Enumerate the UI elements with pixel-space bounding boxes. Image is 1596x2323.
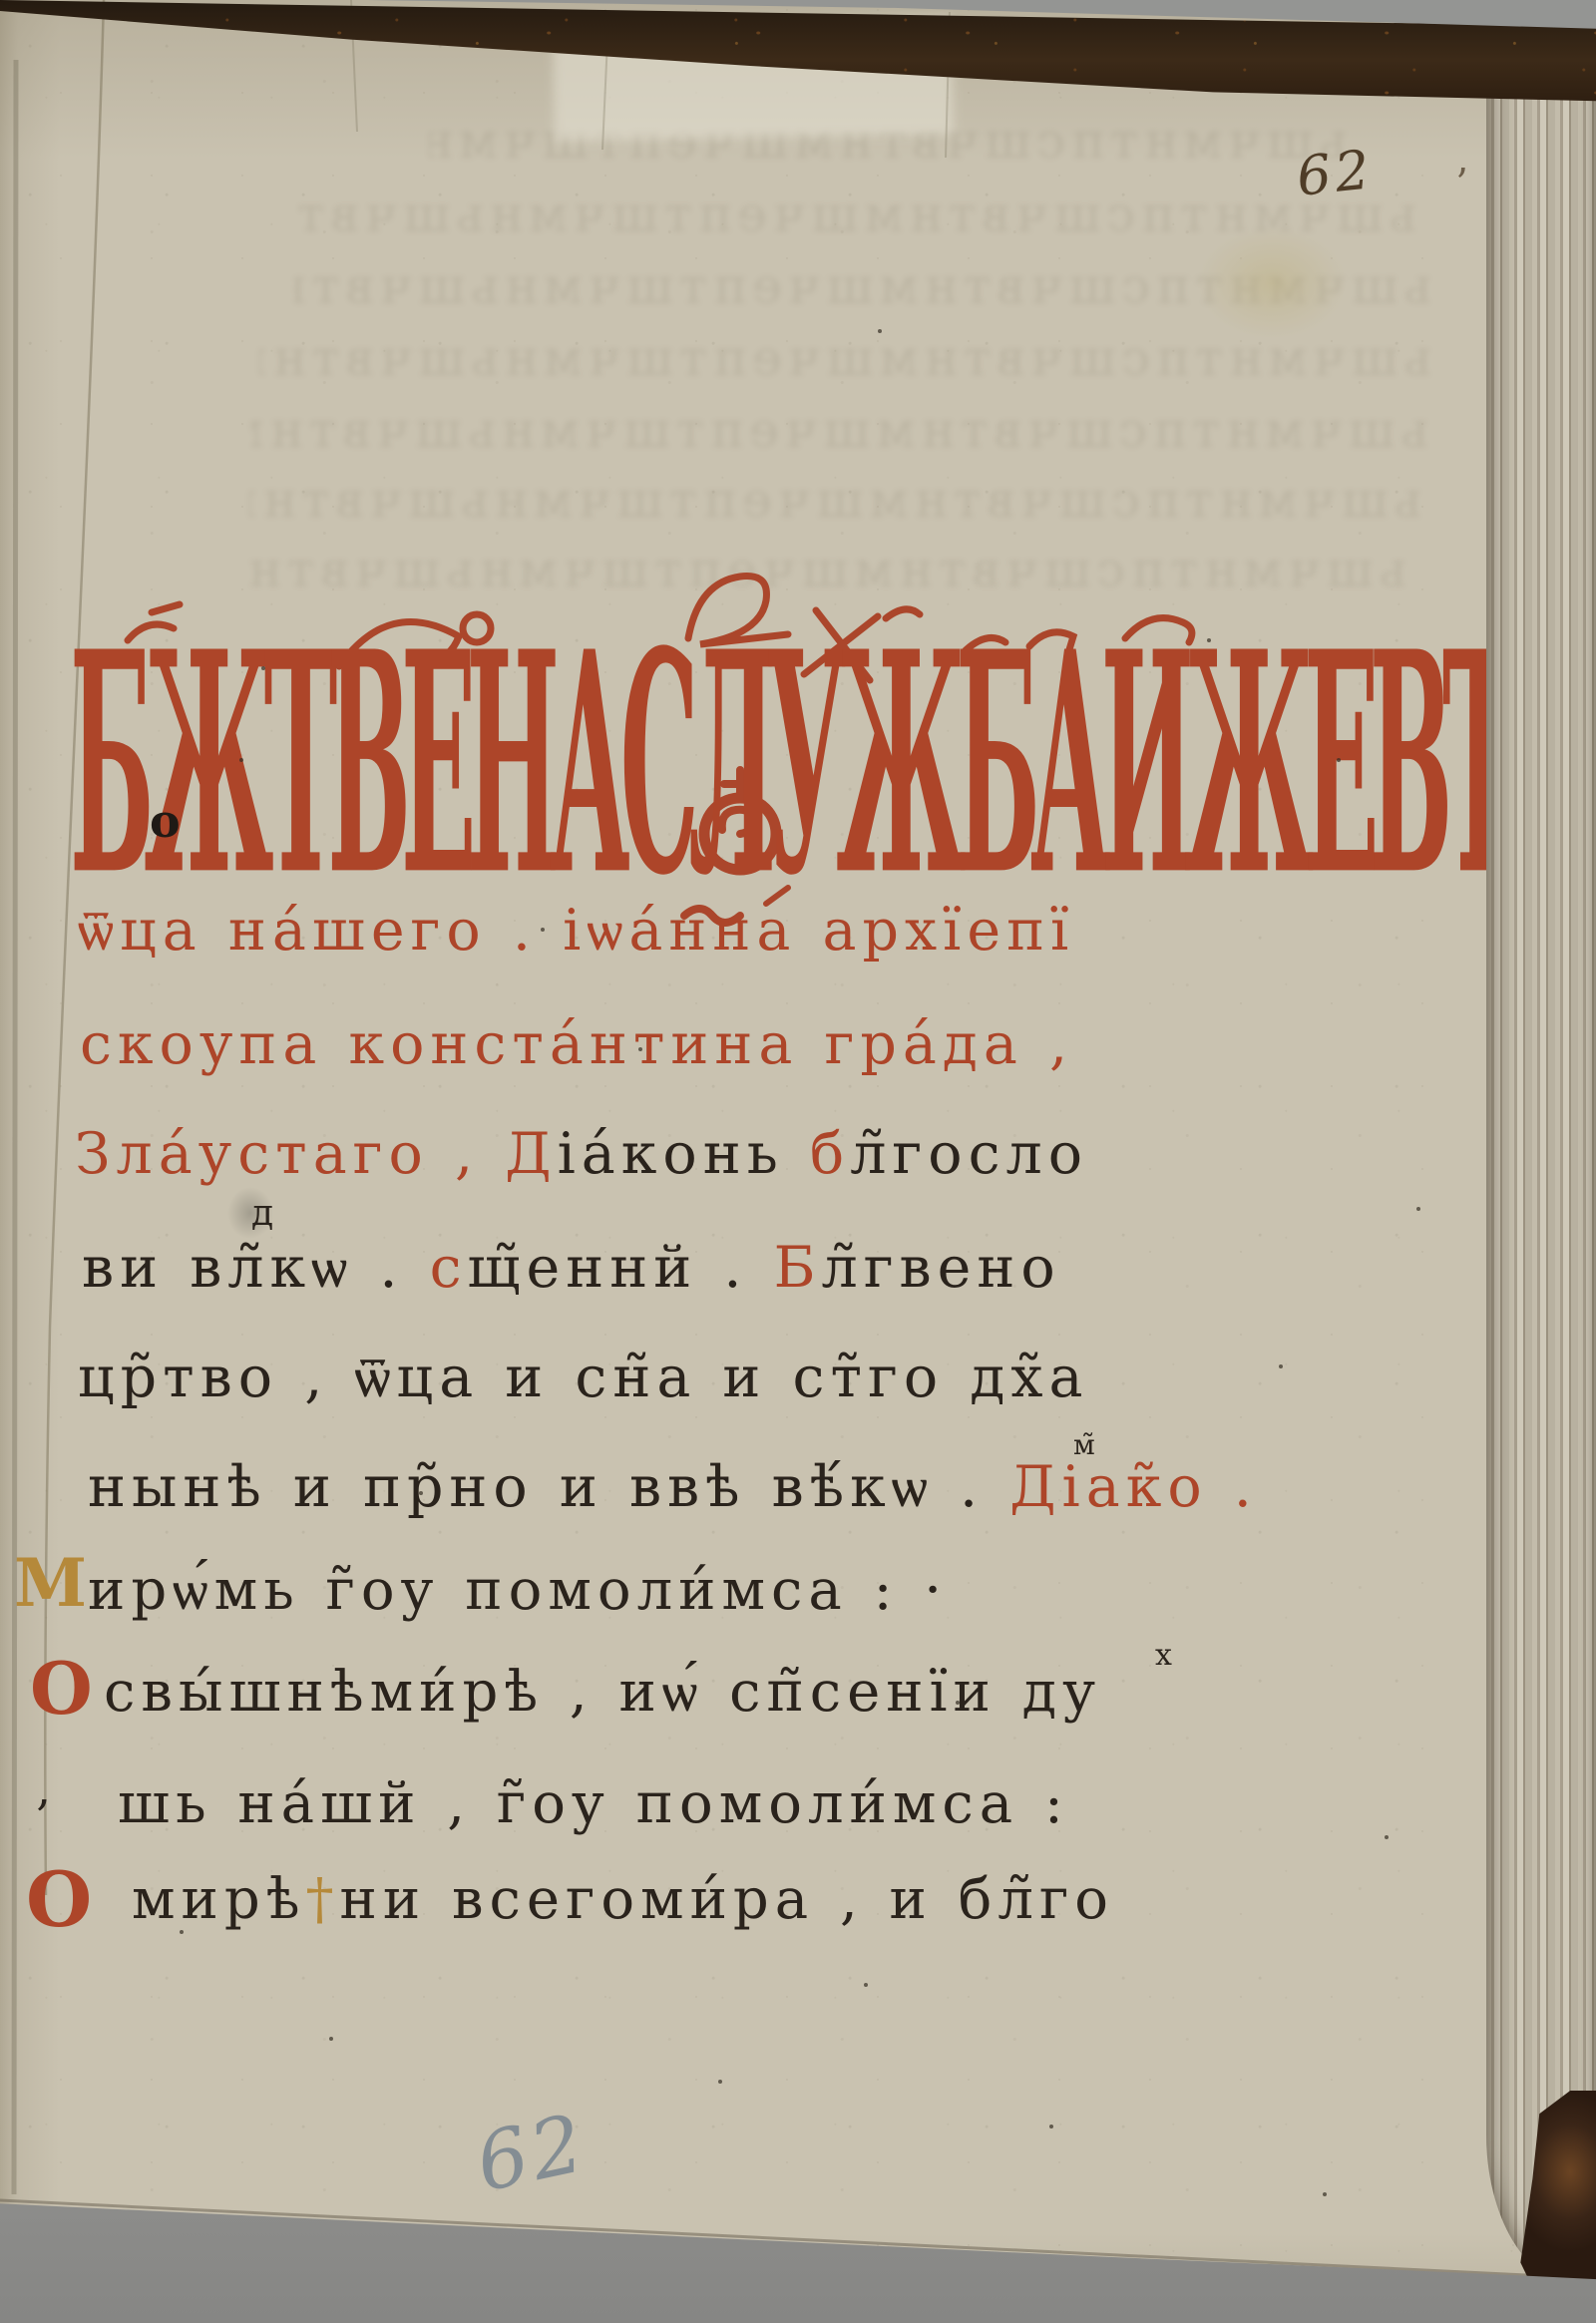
text-line: цр̃тво , ѿца и сн̃а и ст̃го дх̃а <box>78 1345 1089 1410</box>
speck <box>180 1930 184 1934</box>
fore-edge-page-stack <box>1486 24 1596 2284</box>
speck <box>1279 1364 1283 1368</box>
speck <box>239 758 243 762</box>
speck <box>1049 2125 1053 2129</box>
superscript-letter: м̃ <box>1073 1428 1095 1461</box>
manuscript-scan: ьшчмнтпсшчвтнмшчептшчмньшчвтнмшчмнтпсшьш… <box>0 0 1596 2323</box>
superscript-letter: д <box>251 1193 273 1234</box>
folio-tick-mark: ʼ <box>1454 162 1467 207</box>
speck <box>1207 638 1211 642</box>
text-segment: цр̃тво , ѿца и сн̃а и ст̃го дх̃а <box>78 1345 1089 1410</box>
text-line: Зла́устаго , Діа́конь бл̃госло <box>75 1121 1088 1187</box>
text-segment: ви вл̃кѡ . <box>82 1235 430 1301</box>
speck <box>1416 1207 1420 1211</box>
text-segment: скоупа конста́нтина гра́да , <box>80 1011 1073 1077</box>
speck <box>1323 2192 1327 2196</box>
text-segment: л̃гвено <box>821 1235 1060 1301</box>
text-segment: Б <box>774 1235 822 1301</box>
text-line: свы́шнѣми́рѣ , иѡ́ сп̃сенїи ду <box>104 1660 1101 1725</box>
text-segment: † <box>306 1867 340 1932</box>
folio-number-ink: 62 <box>1294 138 1377 208</box>
text-segment: шь на́шй , г̃оу помоли́мса : <box>118 1771 1069 1836</box>
speck <box>718 2080 722 2084</box>
speck <box>329 2037 333 2041</box>
speck <box>878 329 882 333</box>
text-segment: щ̃еннй . <box>468 1235 774 1301</box>
speck <box>864 1983 868 1987</box>
text-line: скоупа конста́нтина гра́да , <box>80 1011 1073 1077</box>
speck <box>638 1047 642 1051</box>
text-segment: л̃госло <box>850 1121 1088 1187</box>
show-through-row: ьшчмнтпсшчвтнмшчептшчмньшчвтнмшчмнтпсш <box>251 401 1428 459</box>
speck <box>1385 1835 1389 1839</box>
margin-initial: М <box>14 1544 87 1622</box>
text-segment: с <box>430 1235 468 1301</box>
text-segment: б <box>810 1121 850 1187</box>
text-line: нынѣ и пр̃но и ввѣ вѣ́кѡ . Діак̃о . <box>88 1454 1258 1520</box>
text-line: ви вл̃кѡ . сщ̃еннй . Бл̃гвено <box>82 1235 1061 1301</box>
margin-initial: О <box>30 1646 93 1731</box>
show-through-row: ьшчмнтпсшчвтнмшчептшчмньшчвтнмшчмнтпсш <box>249 471 1421 529</box>
text-line: ѿца на́шего . іѡа́нна архїепї <box>78 898 1074 964</box>
text-segment: Зла́устаго , Д <box>75 1121 558 1187</box>
text-segment: іа́конь <box>558 1121 810 1187</box>
superscript-letter: х <box>1155 1638 1172 1673</box>
stain-blot <box>1197 227 1347 339</box>
text-line: шь на́шй , г̃оу помоли́мса : <box>118 1771 1069 1836</box>
text-segment: ни всегоми́ра , и бл̃го <box>340 1867 1115 1932</box>
text-segment: ѿца на́шего . іѡа́нна архїепї <box>78 898 1074 964</box>
speck <box>541 928 545 932</box>
speck <box>419 1491 423 1495</box>
speck <box>1337 758 1341 762</box>
text-line: мирѣ†ни всегоми́ра , и бл̃го <box>132 1867 1114 1932</box>
vyaz-headpiece-title: БЖТВЕНАСЛУЖБАИЖЕВЪСТЫ <box>70 584 1016 943</box>
speck <box>261 666 265 670</box>
text-line: ирѡ́мь г̃оу помоли́мса : · <box>88 1558 948 1623</box>
superscript-letter: ‚ <box>36 1761 51 1815</box>
text-segment: Діак̃о . <box>1009 1454 1258 1520</box>
text-segment: ирѡ́мь г̃оу помоли́мса : · <box>88 1558 948 1623</box>
text-segment: свы́шнѣми́рѣ , иѡ́ сп̃сенїи ду <box>104 1660 1101 1725</box>
speck <box>956 1701 960 1705</box>
text-segment: мирѣ <box>132 1867 306 1932</box>
text-segment: нынѣ и пр̃но и ввѣ вѣ́кѡ . <box>88 1454 1009 1520</box>
vyaz-inset-letter: о <box>150 794 181 848</box>
margin-initial: О <box>26 1855 92 1944</box>
